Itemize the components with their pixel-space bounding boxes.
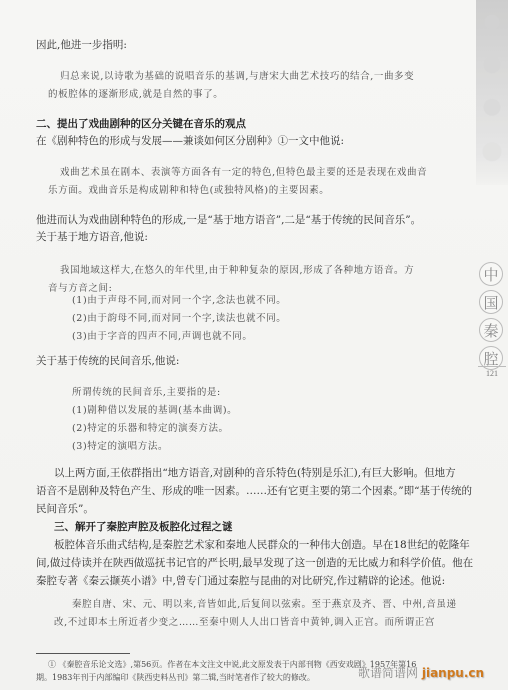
- quoted-text-line: 秦腔自唐、宋、元、明以来,音皆如此,后复间以弦索。至于燕京及齐、晋、中州,音虽递: [72, 598, 457, 612]
- side-book-title: 中 国 秦 腔: [478, 262, 504, 370]
- page-number: 121: [480, 369, 504, 378]
- text-line: 民间音乐”。: [36, 502, 94, 516]
- watermark-brand: jianpu.cn: [422, 666, 484, 680]
- quoted-text-line: 乐方面。戏曲音乐是构成剧种和特色(或独特风格)的主要因素。: [48, 184, 329, 198]
- text-line: 以上两方面,王依群指出“地方语音,对剧种的音乐特色(特别是乐汇),有巨大影响。但…: [54, 466, 456, 480]
- decorative-floral-border: [476, 0, 508, 185]
- quoted-text-line: 的板腔体的逐渐形成,就是自然的事了。: [48, 88, 223, 102]
- section-heading: 二、提出了戏曲剧种的区分关键在音乐的观点: [36, 117, 246, 131]
- quoted-text-line: 我国地域这样大,在悠久的年代里,由于种种复杂的原因,形成了各种地方语音。方: [60, 264, 414, 278]
- text-line: 在《剧种特色的形成与发展——兼谈如何区分剧种》①一文中他说:: [36, 134, 344, 148]
- book-page: 中 国 秦 腔 121 因此,他进一步指明:归总来说,以诗歌为基础的说唱音乐的基…: [0, 0, 508, 690]
- text-line: 语音不是剧种及特色产生、形成的唯一因素。……还有它更主要的第二个因素。”即“基于…: [36, 484, 472, 498]
- text-line: 秦腔专著《秦云撷英小谱》中,曾专门通过秦腔与昆曲的对比研究,作过精辟的论述。他说…: [36, 574, 445, 588]
- quoted-text-line: 改,不过即本土所近者少变之……至秦中则人人出口皆音中黄钟,调入正宫。而所谓正宫: [54, 616, 435, 630]
- quoted-text-line: (3)由于字音的四声不同,声调也就不同。: [72, 330, 252, 344]
- side-title-char: 国: [479, 290, 503, 314]
- watermark: 歌谱简谱网 jianpu.cn: [358, 664, 484, 681]
- text-line: 他进而认为戏曲剧种特色的形成,一是“基于地方语音”,二是“基于传统的民间音乐”。: [36, 213, 421, 227]
- quoted-text-line: (1)由于声母不同,而对同一个字,念法也就不同。: [72, 294, 286, 308]
- watermark-text: 歌谱简谱网: [358, 666, 418, 680]
- section-heading: 三、解开了秦腔声腔及板腔化过程之谜: [54, 520, 233, 534]
- quoted-text-line: 所谓传统的民间音乐,主要指的是:: [72, 386, 221, 400]
- side-title-char: 中: [479, 262, 503, 286]
- text-line: 板腔体音乐曲式结构,是秦腔艺术家和秦地人民群众的一种伟大创造。早在18世纪的乾隆…: [54, 538, 470, 552]
- quoted-text-line: (2)由于韵母不同,而对同一个字,读法也就不同。: [72, 312, 286, 326]
- page-number-rule: [478, 366, 506, 367]
- text-line: 关于基于地方语音,他说:: [36, 230, 148, 244]
- quoted-text-line: 戏曲艺术虽在剧本、表演等方面各有一定的特色,但特色最主要的还是表现在戏曲音: [60, 166, 427, 180]
- quoted-text-line: (3)特定的演唱方法。: [72, 440, 168, 454]
- footnote-divider: [36, 653, 130, 654]
- quoted-text-line: (1)剧种借以发展的基调(基本曲调)。: [72, 404, 237, 418]
- text-line: 间,做过侍读并在陕西做巡抚书记官的严长明,最早发现了这一创造的无比威力和科学价值…: [36, 556, 473, 570]
- footnote-line: 期。1983年刊于内部编印《陕西史料丛刊》第二辑,当时笔者作了较大的修改。: [36, 671, 315, 685]
- text-line: 因此,他进一步指明:: [36, 38, 127, 52]
- quoted-text-line: (2)特定的乐器和特定的演奏方法。: [72, 422, 229, 436]
- text-line: 关于基于传统的民间音乐,他说:: [36, 354, 179, 368]
- quoted-text-line: 归总来说,以诗歌为基础的说唱音乐的基调,与唐宋大曲艺术技巧的结合,一曲多变: [60, 70, 414, 84]
- side-title-char: 秦: [479, 318, 503, 342]
